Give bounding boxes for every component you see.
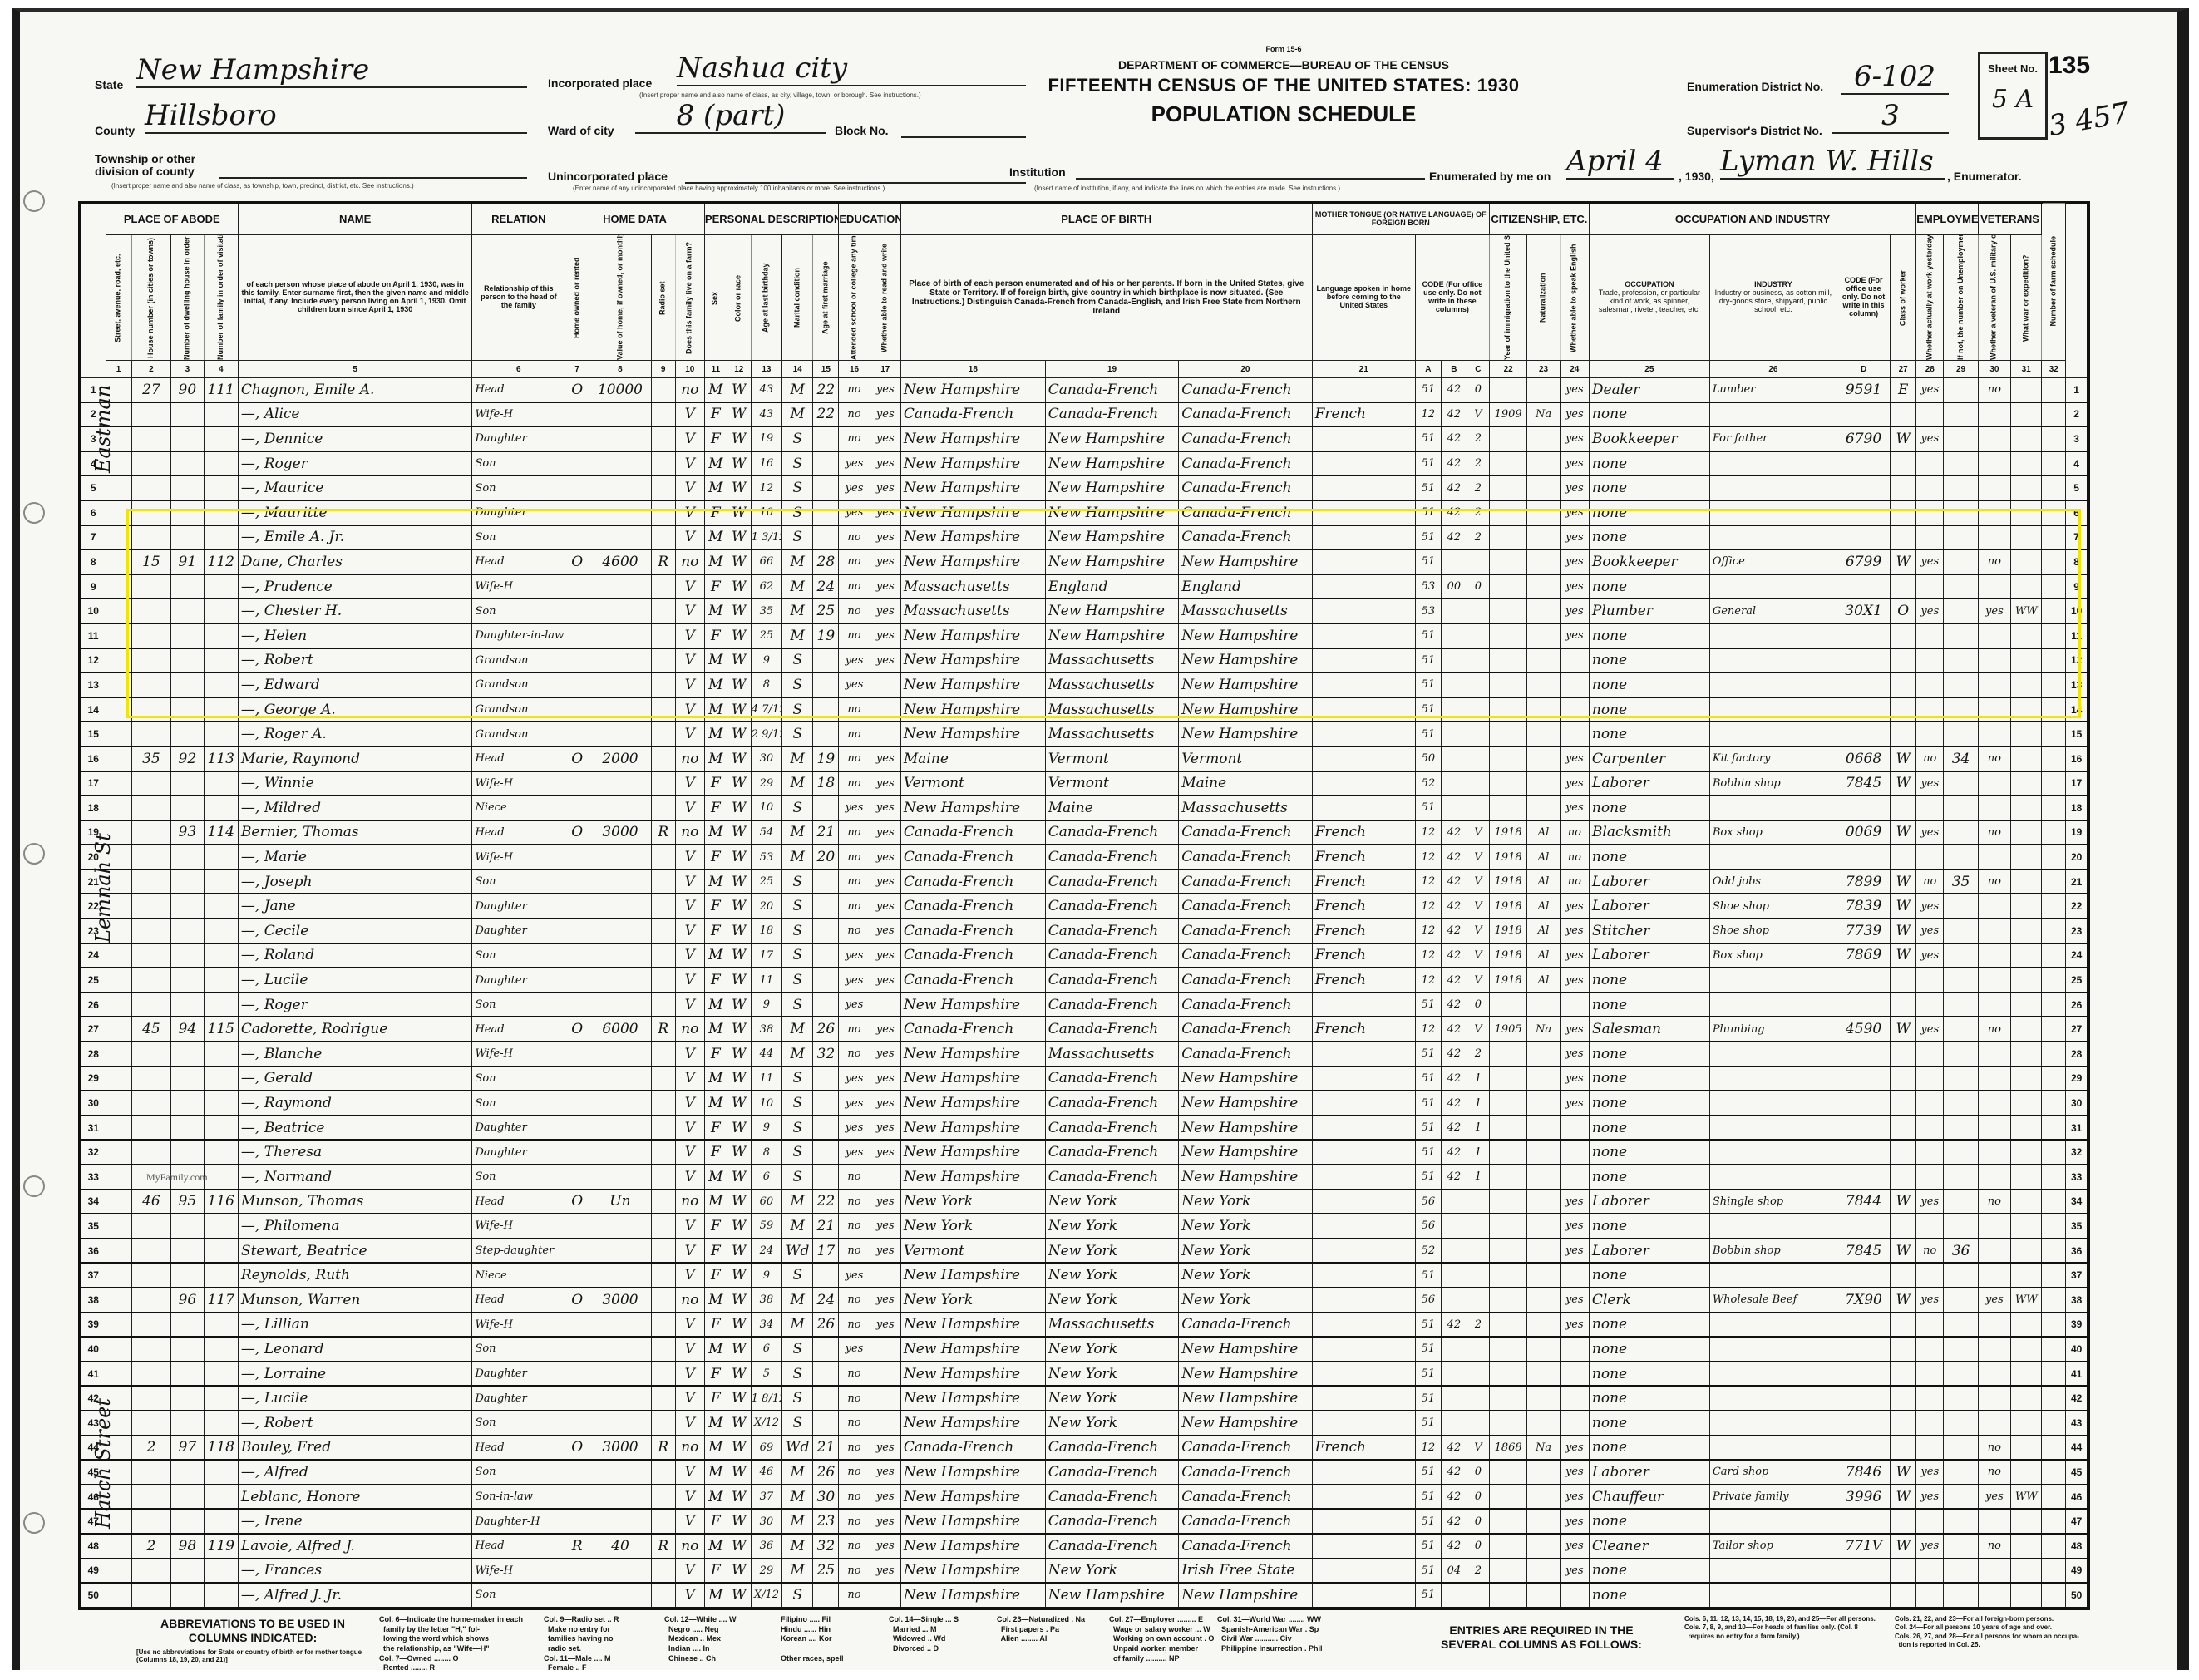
cell-unemp bbox=[1944, 1017, 1978, 1042]
cell-birth: New Hampshire bbox=[900, 993, 1045, 1017]
cell-value bbox=[589, 623, 652, 648]
cell-age: 12 bbox=[751, 475, 781, 500]
cell-school: no bbox=[839, 402, 870, 427]
cell-dwelling bbox=[171, 1140, 204, 1165]
cell-immigration bbox=[1489, 623, 1527, 648]
header-owned: Home owned or rented bbox=[565, 235, 589, 361]
cell-value bbox=[589, 1116, 652, 1141]
cell-farm-sched bbox=[2042, 451, 2066, 476]
punch-hole-icon bbox=[23, 1512, 45, 1534]
line-number: 39 bbox=[80, 1313, 106, 1338]
cell-owned bbox=[565, 599, 589, 623]
table-row: 15—, Roger A.GrandsonVMW2 9/12SnoNew Ham… bbox=[80, 722, 2088, 746]
cell-owned bbox=[565, 993, 589, 1017]
cell-occ-code bbox=[1837, 1313, 1890, 1338]
cell-class bbox=[1891, 1583, 1916, 1609]
line-number-right: 2 bbox=[2066, 402, 2088, 427]
cell-english: yes bbox=[1560, 1190, 1589, 1214]
cell-war bbox=[2011, 672, 2042, 697]
cell-farm: V bbox=[675, 475, 704, 500]
cell-family bbox=[204, 1239, 238, 1264]
cell-occupation: Laborer bbox=[1589, 1460, 1709, 1485]
cell-age: 1 3/12 bbox=[751, 525, 781, 550]
cell-english bbox=[1560, 1263, 1589, 1288]
cell-unemp: 34 bbox=[1944, 746, 1978, 771]
cell-war bbox=[2011, 1116, 2042, 1141]
cell-birth: Vermont bbox=[900, 771, 1045, 796]
cell-war bbox=[2011, 1559, 2042, 1584]
cell-mother: Canada-French bbox=[1179, 943, 1312, 968]
cell-vet: no bbox=[1978, 1534, 2010, 1559]
cell-name: —, Dennice bbox=[238, 426, 472, 451]
cell-at-work bbox=[1916, 1411, 1944, 1436]
cell-school: no bbox=[839, 1460, 870, 1485]
cell-naturalization: Na bbox=[1527, 1017, 1560, 1042]
cell-code-b bbox=[1441, 1214, 1467, 1239]
cell-owned: O bbox=[565, 1436, 589, 1461]
cell-street bbox=[106, 796, 131, 820]
cell-class: W bbox=[1891, 746, 1916, 771]
cell-name: Marie, Raymond bbox=[238, 746, 472, 771]
cell-school: no bbox=[839, 1214, 870, 1239]
cell-school: yes bbox=[839, 451, 870, 476]
cell-house bbox=[131, 1067, 171, 1091]
cell-class bbox=[1891, 475, 1916, 500]
cell-occ-code bbox=[1837, 845, 1890, 870]
header-farm-schedule: Number of farm schedule bbox=[2042, 203, 2066, 361]
table-row: 45—, AlfredSonVMW46M26noyesNew Hampshire… bbox=[80, 1460, 2088, 1485]
cell-marital: S bbox=[782, 870, 813, 894]
cell-at-work bbox=[1916, 1509, 1944, 1534]
cell-english: yes bbox=[1560, 796, 1589, 820]
cell-war bbox=[2011, 451, 2042, 476]
cell-age-marriage: 32 bbox=[813, 1042, 839, 1067]
header-value: Value of home, if owned, or monthly rent… bbox=[589, 235, 652, 361]
cell-value bbox=[589, 1485, 652, 1510]
cell-naturalization bbox=[1527, 1534, 1560, 1559]
cell-relation: Daughter bbox=[472, 894, 565, 919]
cell-naturalization bbox=[1527, 1559, 1560, 1584]
cell-vet: no bbox=[1978, 746, 2010, 771]
cell-sex: F bbox=[704, 968, 727, 993]
cell-street bbox=[106, 1239, 131, 1264]
cell-code-b: 42 bbox=[1441, 500, 1467, 525]
cell-relation: Head bbox=[472, 378, 565, 402]
cell-language bbox=[1312, 1362, 1415, 1387]
cell-class bbox=[1891, 648, 1916, 673]
cell-age: 10 bbox=[751, 500, 781, 525]
cell-occupation: none bbox=[1589, 1583, 1709, 1609]
cell-dwelling bbox=[171, 451, 204, 476]
cell-sex: M bbox=[704, 1017, 727, 1042]
cell-house: 45 bbox=[131, 1017, 171, 1042]
cell-race: W bbox=[727, 1509, 751, 1534]
cell-radio bbox=[651, 1386, 675, 1411]
cell-birth: New Hampshire bbox=[900, 1140, 1045, 1165]
cell-radio bbox=[651, 574, 675, 599]
cell-language bbox=[1312, 1239, 1415, 1264]
cell-race: W bbox=[727, 451, 751, 476]
cell-at-work bbox=[1916, 1386, 1944, 1411]
cell-language: French bbox=[1312, 943, 1415, 968]
cell-code-b: 42 bbox=[1441, 1509, 1467, 1534]
cell-vet bbox=[1978, 1337, 2010, 1362]
cell-occ-code: 7X90 bbox=[1837, 1288, 1890, 1313]
cell-family bbox=[204, 1091, 238, 1116]
cell-mother: New Hampshire bbox=[1179, 1165, 1312, 1190]
cell-naturalization bbox=[1527, 771, 1560, 796]
cell-father: New York bbox=[1045, 1337, 1178, 1362]
cell-at-work: no bbox=[1916, 746, 1944, 771]
cell-relation: Daughter bbox=[472, 1116, 565, 1141]
cell-code-b bbox=[1441, 1263, 1467, 1288]
cell-mother: Canada-French bbox=[1179, 426, 1312, 451]
cell-code-b bbox=[1441, 549, 1467, 574]
cell-naturalization bbox=[1527, 697, 1560, 722]
cell-read: yes bbox=[870, 451, 900, 476]
cell-race: W bbox=[727, 1411, 751, 1436]
cell-occ-code: 6790 bbox=[1837, 426, 1890, 451]
cell-age: 53 bbox=[751, 845, 781, 870]
cell-radio bbox=[651, 1485, 675, 1510]
cell-name: Munson, Thomas bbox=[238, 1190, 472, 1214]
cell-radio bbox=[651, 402, 675, 427]
column-number: 12 bbox=[727, 361, 751, 378]
cell-birth: New Hampshire bbox=[900, 378, 1045, 402]
cell-industry: Bobbin shop bbox=[1709, 1239, 1837, 1264]
cell-industry bbox=[1709, 1067, 1837, 1091]
cell-code-a: 51 bbox=[1415, 1042, 1441, 1067]
cell-house bbox=[131, 820, 171, 845]
cell-english bbox=[1560, 1411, 1589, 1436]
header-war: What war or expedition? bbox=[2011, 235, 2042, 361]
cell-father: New Hampshire bbox=[1045, 500, 1178, 525]
cell-code-a: 51 bbox=[1415, 796, 1441, 820]
cell-code-b bbox=[1441, 1362, 1467, 1387]
cell-family bbox=[204, 1559, 238, 1584]
cell-name: Reynolds, Ruth bbox=[238, 1263, 472, 1288]
cell-dwelling bbox=[171, 845, 204, 870]
cell-birth: New Hampshire bbox=[900, 1386, 1045, 1411]
column-number: 3 bbox=[171, 361, 204, 378]
cell-relation: Daughter bbox=[472, 1362, 565, 1387]
cell-race: W bbox=[727, 993, 751, 1017]
cell-occ-code: 7844 bbox=[1837, 1190, 1890, 1214]
cell-race: W bbox=[727, 1067, 751, 1091]
cell-sex: M bbox=[704, 1165, 727, 1190]
cell-read bbox=[870, 1583, 900, 1609]
cell-at-work bbox=[1916, 1116, 1944, 1141]
cell-code-a: 56 bbox=[1415, 1288, 1441, 1313]
column-number: 28 bbox=[1916, 361, 1944, 378]
cell-family bbox=[204, 500, 238, 525]
group-veterans: VETERANS bbox=[1978, 203, 2042, 235]
cell-father: Canada-French bbox=[1045, 1017, 1178, 1042]
cell-dwelling: 96 bbox=[171, 1288, 204, 1313]
cell-occ-code bbox=[1837, 525, 1890, 550]
cell-code-c: V bbox=[1467, 1017, 1489, 1042]
cell-father: Vermont bbox=[1045, 746, 1178, 771]
cell-birth: New Hampshire bbox=[900, 475, 1045, 500]
cell-name: Chagnon, Emile A. bbox=[238, 378, 472, 402]
cell-father: Massachusetts bbox=[1045, 672, 1178, 697]
line-number-right: 8 bbox=[2066, 549, 2088, 574]
cell-farm-sched bbox=[2042, 968, 2066, 993]
cell-language bbox=[1312, 574, 1415, 599]
cell-sex: M bbox=[704, 1288, 727, 1313]
department: DEPARTMENT OF COMMERCE—BUREAU OF THE CEN… bbox=[1034, 58, 1533, 71]
cell-war bbox=[2011, 426, 2042, 451]
cell-owned: O bbox=[565, 820, 589, 845]
cell-industry: Box shop bbox=[1709, 943, 1837, 968]
cell-language bbox=[1312, 1214, 1415, 1239]
cell-age-marriage bbox=[813, 1362, 839, 1387]
cell-code-c bbox=[1467, 746, 1489, 771]
cell-occ-code: 7845 bbox=[1837, 771, 1890, 796]
cell-father: Canada-French bbox=[1045, 1509, 1178, 1534]
ward-value: 8 (part) bbox=[635, 99, 826, 134]
cell-mother: Irish Free State bbox=[1179, 1559, 1312, 1584]
group-relation: RELATION bbox=[472, 203, 565, 235]
cell-farm: V bbox=[675, 845, 704, 870]
cell-street bbox=[106, 1116, 131, 1141]
column-number: 2 bbox=[131, 361, 171, 378]
cell-code-c bbox=[1467, 796, 1489, 820]
cell-relation: Head bbox=[472, 1534, 565, 1559]
cell-mother: Canada-French bbox=[1179, 820, 1312, 845]
cell-farm-sched bbox=[2042, 1583, 2066, 1609]
line-number-right: 33 bbox=[2066, 1165, 2088, 1190]
cell-farm-sched bbox=[2042, 796, 2066, 820]
line-number: 21 bbox=[80, 870, 106, 894]
cell-birth: Canada-French bbox=[900, 870, 1045, 894]
cell-code-b: 00 bbox=[1441, 574, 1467, 599]
cell-marital: Wd bbox=[782, 1239, 813, 1264]
header-marital: Marital condition bbox=[782, 235, 813, 361]
cell-code-c: V bbox=[1467, 1436, 1489, 1461]
cell-unemp bbox=[1944, 1116, 1978, 1141]
cell-relation: Son bbox=[472, 1165, 565, 1190]
line-number-right: 29 bbox=[2066, 1067, 2088, 1091]
cell-occupation: none bbox=[1589, 1165, 1709, 1190]
cell-age-marriage bbox=[813, 1091, 839, 1116]
cell-radio bbox=[651, 426, 675, 451]
cell-occupation: Laborer bbox=[1589, 771, 1709, 796]
cell-age-marriage bbox=[813, 500, 839, 525]
cell-age: 30 bbox=[751, 1509, 781, 1534]
cell-sex: F bbox=[704, 574, 727, 599]
cell-owned bbox=[565, 1165, 589, 1190]
table-row: 18—, MildredNieceVFW10SyesyesNew Hampshi… bbox=[80, 796, 2088, 820]
cell-vet bbox=[1978, 796, 2010, 820]
cell-farm-sched bbox=[2042, 648, 2066, 673]
cell-code-b: 42 bbox=[1441, 525, 1467, 550]
table-row: 24—, RolandSonVMW17SyesyesCanada-FrenchC… bbox=[80, 943, 2088, 968]
cell-family bbox=[204, 648, 238, 673]
cell-name: Lavoie, Alfred J. bbox=[238, 1534, 472, 1559]
cell-age: 44 bbox=[751, 1042, 781, 1067]
line-number-right: 35 bbox=[2066, 1214, 2088, 1239]
cell-street bbox=[106, 426, 131, 451]
cell-naturalization: Na bbox=[1527, 402, 1560, 427]
cell-family bbox=[204, 1386, 238, 1411]
cell-naturalization bbox=[1527, 1583, 1560, 1609]
cell-code-c: 2 bbox=[1467, 500, 1489, 525]
cell-sex: F bbox=[704, 1386, 727, 1411]
cell-vet: yes bbox=[1978, 1288, 2010, 1313]
cell-street bbox=[106, 402, 131, 427]
cell-name: —, Helen bbox=[238, 623, 472, 648]
cell-street bbox=[106, 451, 131, 476]
cell-age: X/12 bbox=[751, 1583, 781, 1609]
cell-immigration bbox=[1489, 500, 1527, 525]
cell-dwelling: 93 bbox=[171, 820, 204, 845]
cell-age: 2 9/12 bbox=[751, 722, 781, 746]
cell-at-work bbox=[1916, 722, 1944, 746]
cell-birth: New Hampshire bbox=[900, 648, 1045, 673]
cell-read: yes bbox=[870, 525, 900, 550]
cell-father: New Hampshire bbox=[1045, 451, 1178, 476]
cell-value bbox=[589, 1386, 652, 1411]
cell-family bbox=[204, 623, 238, 648]
cell-immigration bbox=[1489, 722, 1527, 746]
line-number-right: 7 bbox=[2066, 525, 2088, 550]
cell-immigration: 1918 bbox=[1489, 894, 1527, 919]
cell-age: 43 bbox=[751, 378, 781, 402]
cell-race: W bbox=[727, 1140, 751, 1165]
cell-sex: F bbox=[704, 1042, 727, 1067]
cell-read: yes bbox=[870, 746, 900, 771]
cell-street bbox=[106, 549, 131, 574]
cell-age-marriage bbox=[813, 1140, 839, 1165]
cell-unemp bbox=[1944, 894, 1978, 919]
cell-immigration bbox=[1489, 1165, 1527, 1190]
right-line-number-header bbox=[2066, 203, 2088, 378]
cell-language bbox=[1312, 599, 1415, 623]
sheet-value: 5 A bbox=[1980, 85, 2045, 114]
cell-family bbox=[204, 771, 238, 796]
cell-english bbox=[1560, 672, 1589, 697]
cell-occ-code: 7846 bbox=[1837, 1460, 1890, 1485]
cell-age: 16 bbox=[751, 451, 781, 476]
cell-english bbox=[1560, 1362, 1589, 1387]
cell-farm: no bbox=[675, 746, 704, 771]
header-birth-desc: Place of birth of each person enumerated… bbox=[900, 235, 1312, 361]
cell-class: W bbox=[1891, 549, 1916, 574]
cell-radio bbox=[651, 796, 675, 820]
cell-age-marriage: 23 bbox=[813, 1509, 839, 1534]
cell-language bbox=[1312, 1042, 1415, 1067]
cell-class bbox=[1891, 1042, 1916, 1067]
cell-race: W bbox=[727, 1436, 751, 1461]
cell-marital: M bbox=[782, 378, 813, 402]
cell-value: 3000 bbox=[589, 820, 652, 845]
cell-relation: Wife-H bbox=[472, 1214, 565, 1239]
cell-at-work: yes bbox=[1916, 426, 1944, 451]
cell-industry bbox=[1709, 648, 1837, 673]
cell-vet bbox=[1978, 894, 2010, 919]
cell-english: yes bbox=[1560, 426, 1589, 451]
sheet-number-box: Sheet No. 5 A bbox=[1978, 52, 2048, 140]
cell-vet bbox=[1978, 1165, 2010, 1190]
cell-race: W bbox=[727, 402, 751, 427]
cell-father: Canada-French bbox=[1045, 820, 1178, 845]
cell-code-a: 51 bbox=[1415, 648, 1441, 673]
cell-code-a: 51 bbox=[1415, 1263, 1441, 1288]
cell-industry bbox=[1709, 968, 1837, 993]
cell-street bbox=[106, 1337, 131, 1362]
cell-war bbox=[2011, 919, 2042, 943]
cell-school: no bbox=[839, 1411, 870, 1436]
cell-occupation: Laborer bbox=[1589, 894, 1709, 919]
cell-relation: Head bbox=[472, 549, 565, 574]
line-number: 17 bbox=[80, 771, 106, 796]
cell-language bbox=[1312, 1386, 1415, 1411]
cell-occupation: none bbox=[1589, 1559, 1709, 1584]
cell-read: yes bbox=[870, 1140, 900, 1165]
cell-read: yes bbox=[870, 870, 900, 894]
cell-marital: S bbox=[782, 943, 813, 968]
cell-radio bbox=[651, 1214, 675, 1239]
cell-sex: M bbox=[704, 525, 727, 550]
cell-father: New Hampshire bbox=[1045, 1583, 1178, 1609]
cell-owned bbox=[565, 623, 589, 648]
cell-occ-code bbox=[1837, 1509, 1890, 1534]
cell-father: New York bbox=[1045, 1214, 1178, 1239]
cell-war bbox=[2011, 1509, 2042, 1534]
cell-language: French bbox=[1312, 968, 1415, 993]
cell-dwelling bbox=[171, 1509, 204, 1534]
cell-sex: F bbox=[704, 1239, 727, 1264]
cell-dwelling bbox=[171, 968, 204, 993]
cell-sex: F bbox=[704, 1116, 727, 1141]
cell-age: 8 bbox=[751, 672, 781, 697]
cell-family bbox=[204, 870, 238, 894]
cell-sex: M bbox=[704, 599, 727, 623]
cell-english: yes bbox=[1560, 968, 1589, 993]
cell-value bbox=[589, 870, 652, 894]
line-number-right: 44 bbox=[2066, 1436, 2088, 1461]
cell-at-work: yes bbox=[1916, 919, 1944, 943]
cell-age: 10 bbox=[751, 1091, 781, 1116]
cell-class bbox=[1891, 845, 1916, 870]
cell-race: W bbox=[727, 796, 751, 820]
cell-dwelling bbox=[171, 623, 204, 648]
cell-sex: F bbox=[704, 845, 727, 870]
cell-occ-code bbox=[1837, 722, 1890, 746]
cell-read: yes bbox=[870, 919, 900, 943]
cell-value bbox=[589, 968, 652, 993]
cell-industry bbox=[1709, 451, 1837, 476]
cell-house bbox=[131, 870, 171, 894]
cell-age: 4 7/12 bbox=[751, 697, 781, 722]
cell-family bbox=[204, 475, 238, 500]
cell-farm-sched bbox=[2042, 919, 2066, 943]
column-number: 6 bbox=[472, 361, 565, 378]
cell-farm-sched bbox=[2042, 1386, 2066, 1411]
cell-immigration bbox=[1489, 1460, 1527, 1485]
cell-father: Canada-French bbox=[1045, 1485, 1178, 1510]
cell-industry bbox=[1709, 1436, 1837, 1461]
cell-family bbox=[204, 1042, 238, 1067]
cell-immigration bbox=[1489, 1583, 1527, 1609]
line-number-right: 21 bbox=[2066, 870, 2088, 894]
cell-owned bbox=[565, 845, 589, 870]
line-number-right: 48 bbox=[2066, 1534, 2088, 1559]
cell-street bbox=[106, 894, 131, 919]
cell-at-work bbox=[1916, 993, 1944, 1017]
cell-farm-sched bbox=[2042, 1091, 2066, 1116]
